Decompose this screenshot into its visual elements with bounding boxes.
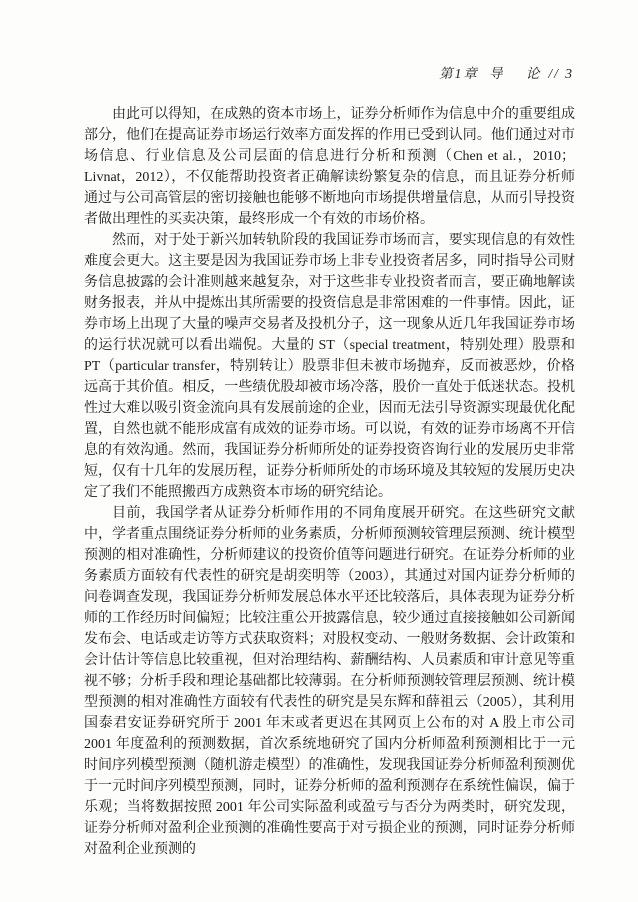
book-page: 第1章导 论// 3 由此可以得知，在成熟的资本市场上，证券分析师作为信息中介的… bbox=[0, 0, 638, 902]
paragraph: 然而，对于处于新兴加转轨阶段的我国证券市场而言，要实现信息的有效性难度会更大。这… bbox=[84, 230, 575, 503]
running-header: 第1章导 论// 3 bbox=[84, 62, 574, 82]
page-number: // 3 bbox=[548, 66, 574, 81]
paragraph: 由此可以得知，在成熟的资本市场上，证券分析师作为信息中介的重要组成部分，他们在提… bbox=[84, 104, 575, 230]
body-text: 由此可以得知，在成熟的资本市场上，证券分析师作为信息中介的重要组成部分，他们在提… bbox=[84, 104, 575, 860]
chapter-title: 导 论 bbox=[489, 66, 545, 81]
chapter-label: 第1章 bbox=[439, 66, 479, 81]
paragraph: 目前，我国学者从证券分析师作用的不同角度展开研究。在这些研究文献中，学者重点围绕… bbox=[84, 503, 575, 860]
